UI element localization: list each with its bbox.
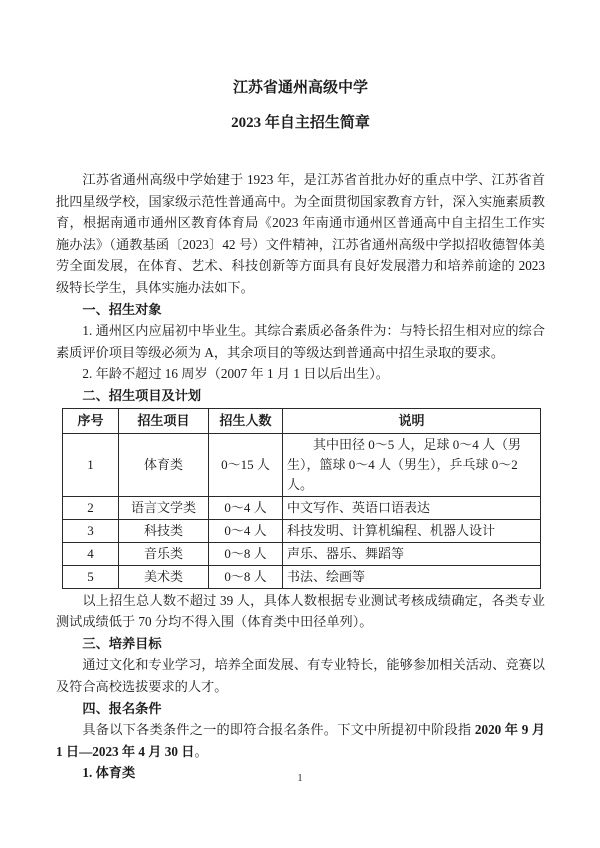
- section3-heading: 三、培养目标: [56, 633, 545, 655]
- cell-no: 4: [63, 542, 119, 565]
- cell-desc: 中文写作、英语口语表达: [283, 496, 541, 519]
- section1-item2: 2. 年龄不超过 16 周岁（2007 年 1 月 1 日以后出生）。: [56, 363, 545, 385]
- table-row: 5 美术类 0～8 人 书法、绘画等: [63, 565, 541, 588]
- table-note-paragraph: 以上招生总人数不超过 39 人，具体人数根据专业测试考核成绩确定，各类专业测试成…: [56, 590, 545, 633]
- cell-count: 0～8 人: [209, 565, 283, 588]
- header-count: 招生人数: [209, 408, 283, 433]
- section4-text-after: 。: [194, 744, 207, 759]
- table-row: 1 体育类 0～15 人 其中田径 0～5 人，足球 0～4 人（男生），篮球 …: [63, 433, 541, 496]
- section1-item1: 1. 通州区内应届初中毕业生。其综合素质必备条件为：与特长招生相对应的综合素质评…: [56, 320, 545, 363]
- cell-desc: 书法、绘画等: [283, 565, 541, 588]
- header-project: 招生项目: [119, 408, 209, 433]
- section4-heading: 四、报名条件: [56, 698, 545, 720]
- cell-desc: 科技发明、计算机编程、机器人设计: [283, 519, 541, 542]
- header-desc: 说明: [283, 408, 541, 433]
- page-number: 1: [0, 772, 600, 784]
- cell-project: 体育类: [119, 433, 209, 496]
- section2-heading: 二、招生项目及计划: [56, 385, 545, 407]
- table-header-row: 序号 招生项目 招生人数 说明: [63, 408, 541, 433]
- section4-paragraph: 具备以下各类条件之一的即符合报名条件。下文中所提初中阶段指 2020 年 9 月…: [56, 719, 545, 762]
- cell-count: 0～4 人: [209, 496, 283, 519]
- document-subtitle: 2023 年自主招生简章: [56, 113, 545, 133]
- cell-project: 科技类: [119, 519, 209, 542]
- document-title: 江苏省通州高级中学: [56, 78, 545, 98]
- header-no: 序号: [63, 408, 119, 433]
- cell-desc: 声乐、器乐、舞蹈等: [283, 542, 541, 565]
- table-row: 2 语言文学类 0～4 人 中文写作、英语口语表达: [63, 496, 541, 519]
- cell-project: 音乐类: [119, 542, 209, 565]
- cell-count: 0～8 人: [209, 542, 283, 565]
- cell-no: 2: [63, 496, 119, 519]
- document-page: 江苏省通州高级中学 2023 年自主招生简章 江苏省通州高级中学始建于 1923…: [0, 0, 600, 848]
- cell-project: 美术类: [119, 565, 209, 588]
- intro-paragraph: 江苏省通州高级中学始建于 1923 年，是江苏省首批办好的重点中学、江苏省首批四…: [56, 169, 545, 299]
- cell-no: 3: [63, 519, 119, 542]
- table-row: 4 音乐类 0～8 人 声乐、器乐、舞蹈等: [63, 542, 541, 565]
- cell-no: 5: [63, 565, 119, 588]
- cell-project: 语言文学类: [119, 496, 209, 519]
- cell-desc: 其中田径 0～5 人，足球 0～4 人（男生），篮球 0～4 人（男生），乒乓球…: [283, 433, 541, 496]
- document-content: 江苏省通州高级中学 2023 年自主招生简章 江苏省通州高级中学始建于 1923…: [56, 78, 545, 784]
- section3-paragraph: 通过文化和专业学习，培养全面发展、有专业特长，能够参加相关活动、竞赛以及符合高校…: [56, 654, 545, 697]
- table-row: 3 科技类 0～4 人 科技发明、计算机编程、机器人设计: [63, 519, 541, 542]
- cell-count: 0～4 人: [209, 519, 283, 542]
- section4-text-before: 具备以下各类条件之一的即符合报名条件。下文中所提初中阶段指: [82, 722, 474, 737]
- cell-no: 1: [63, 433, 119, 496]
- section1-heading: 一、招生对象: [56, 299, 545, 321]
- cell-count: 0～15 人: [209, 433, 283, 496]
- enrollment-plan-table: 序号 招生项目 招生人数 说明 1 体育类 0～15 人 其中田径 0～5 人，…: [62, 408, 541, 589]
